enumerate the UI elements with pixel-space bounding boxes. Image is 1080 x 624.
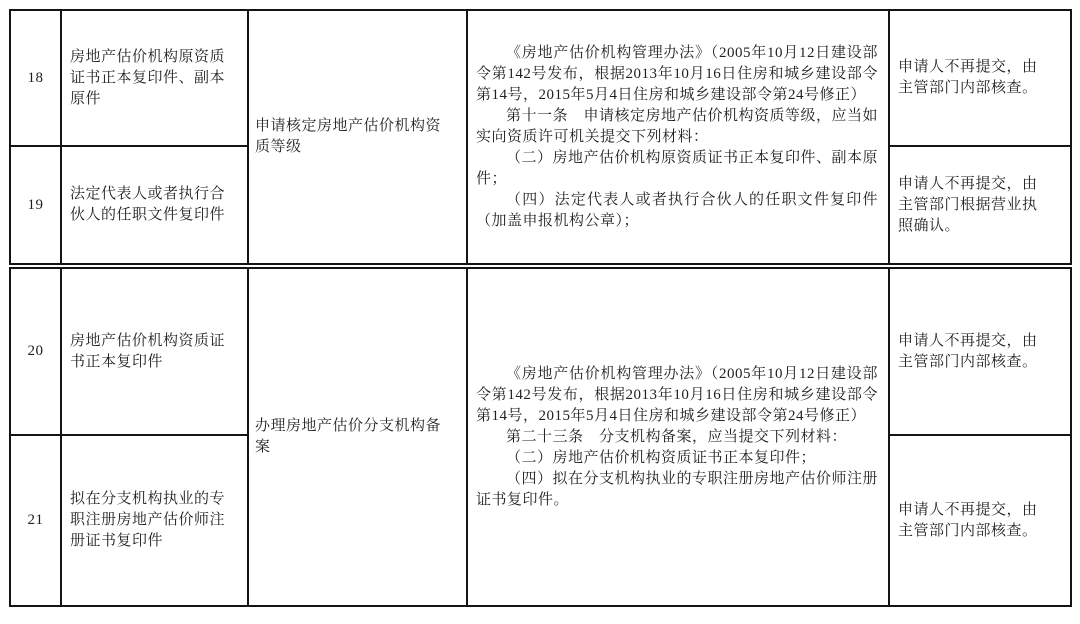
legal-basis-paragraph: 《房地产估价机构管理办法》（2005年10月12日建设部令第142号发布，根据2… [476,364,878,427]
row-number-cell: 18 [10,10,61,146]
handling-method-cell: 申请人不再提交，由主管部门内部核查。 [889,10,1071,146]
material-name-cell: 拟在分支机构执业的专职注册房地产估价师注册证书复印件 [61,435,248,606]
handling-method-cell: 申请人不再提交，由主管部门根据营业执照确认。 [889,146,1071,264]
legal-basis-paragraph: （二）房地产估价机构原资质证书正本复印件、副本原件； [476,148,878,190]
row-number-cell: 19 [10,146,61,264]
legal-basis-cell: 《房地产估价机构管理办法》（2005年10月12日建设部令第142号发布，根据2… [467,268,889,606]
legal-basis-paragraph: 第二十三条 分支机构备案，应当提交下列材料： [476,427,878,448]
row-number-cell: 21 [10,435,61,606]
legal-basis-paragraph: （二）房地产估价机构资质证书正本复印件； [476,448,878,469]
materials-table-section-2: 20 房地产估价机构资质证书正本复印件 办理房地产估价分支机构备案 《房地产估价… [9,267,1072,607]
row-number-cell: 20 [10,268,61,435]
material-name-cell: 房地产估价机构原资质证书正本复印件、副本原件 [61,10,248,146]
material-name-cell: 法定代表人或者执行合伙人的任职文件复印件 [61,146,248,264]
legal-basis-paragraph: 第十一条 申请核定房地产估价机构资质等级，应当如实向资质许可机关提交下列材料： [476,106,878,148]
legal-basis-cell: 《房地产估价机构管理办法》（2005年10月12日建设部令第142号发布，根据2… [467,10,889,264]
legal-basis-paragraph: （四）拟在分支机构执业的专职注册房地产估价师注册证书复印件。 [476,469,878,511]
handling-method-cell: 申请人不再提交，由主管部门内部核查。 [889,435,1071,606]
table-row: 18 房地产估价机构原资质证书正本复印件、副本原件 申请核定房地产估价机构资质等… [10,10,1071,146]
legal-basis-paragraph: 《房地产估价机构管理办法》（2005年10月12日建设部令第142号发布，根据2… [476,43,878,106]
matter-category-cell: 办理房地产估价分支机构备案 [248,268,467,606]
matter-category-cell: 申请核定房地产估价机构资质等级 [248,10,467,264]
table-row: 20 房地产估价机构资质证书正本复印件 办理房地产估价分支机构备案 《房地产估价… [10,268,1071,435]
material-name-cell: 房地产估价机构资质证书正本复印件 [61,268,248,435]
handling-method-cell: 申请人不再提交，由主管部门内部核查。 [889,268,1071,435]
document-page: 18 房地产估价机构原资质证书正本复印件、副本原件 申请核定房地产估价机构资质等… [0,0,1080,624]
legal-basis-paragraph: （四）法定代表人或者执行合伙人的任职文件复印件（加盖申报机构公章）； [476,190,878,232]
materials-table-section-1: 18 房地产估价机构原资质证书正本复印件、副本原件 申请核定房地产估价机构资质等… [9,9,1072,265]
